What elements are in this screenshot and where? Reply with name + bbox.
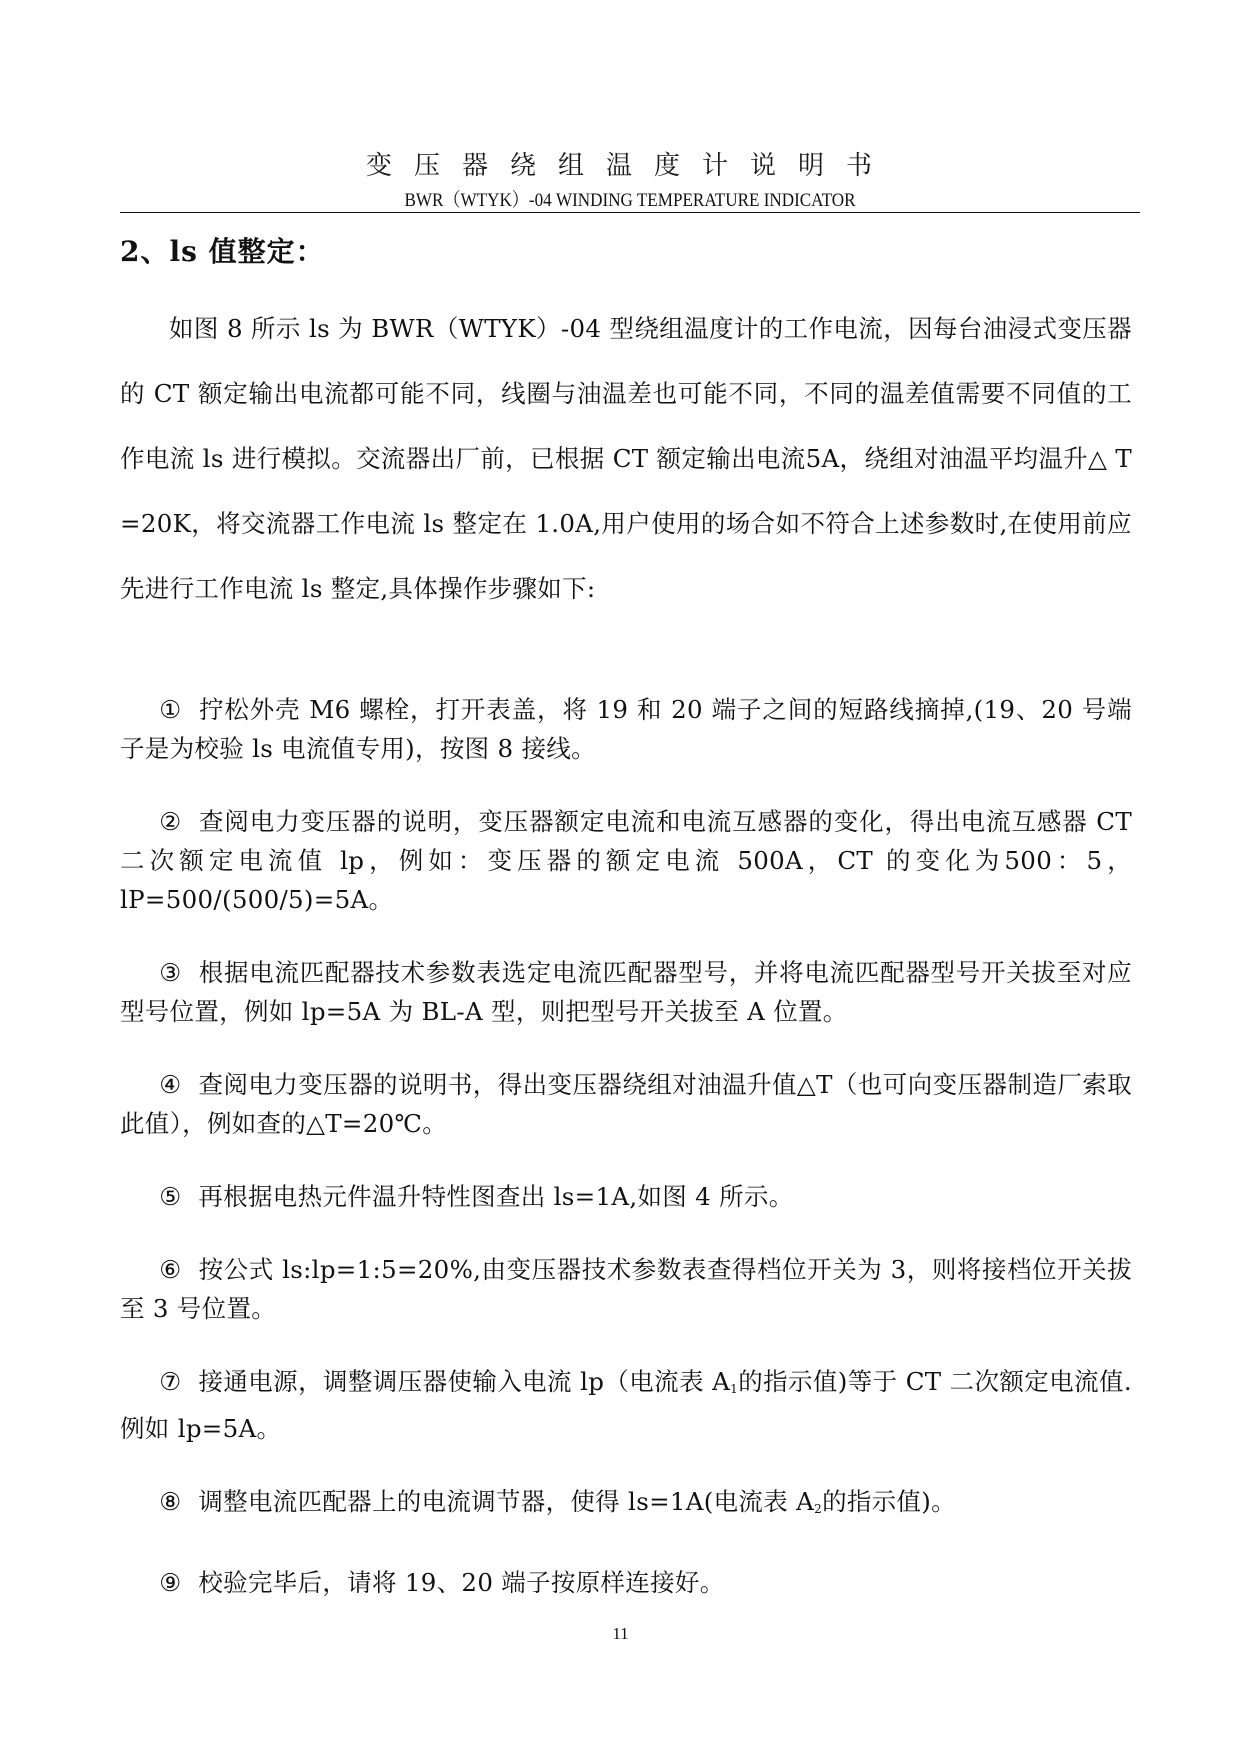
step-item: ⑥按公式 ls:lp=1:5=20%,由变压器技术参数表查得档位开关为 3，则将… [120, 1250, 1132, 1328]
header-title-en: BWR（WTYK）-04 WINDING TEMPERATURE INDICAT… [171, 190, 1089, 212]
step-text: 查阅电力变压器的说明书，得出变压器绕组对油温升值△T（也可向变压器制造厂索取此值… [120, 1070, 1132, 1138]
step-text-before: 调整电流匹配器上的电流调节器，使得 ls=1A(电流表 A [198, 1487, 814, 1516]
step-item: ④查阅电力变压器的说明书，得出变压器绕组对油温升值△T（也可向变压器制造厂索取此… [120, 1065, 1132, 1143]
step-text: 拧松外壳 M6 螺栓，打开表盖，将 19 和 20 端子之间的短路线摘掉,(19… [120, 695, 1132, 763]
step-item: ⑧调整电流匹配器上的电流调节器，使得 ls=1A(电流表 A2的指示值)。 [120, 1482, 1132, 1529]
step-number: ⑨ [159, 1563, 198, 1602]
step-text-after: 的指示值)。 [822, 1487, 956, 1516]
step-text: 按公式 ls:lp=1:5=20%,由变压器技术参数表查得档位开关为 3，则将接… [120, 1255, 1132, 1323]
header-title-cn: 变压器绕组温度计说明书 [120, 148, 1140, 184]
step-text: 再根据电热元件温升特性图查出 ls=1A,如图 4 所示。 [198, 1182, 793, 1211]
page-number: 11 [0, 1624, 1241, 1644]
step-text: 根据电流匹配器技术参数表选定电流匹配器型号，并将电流匹配器型号开关拔至对应型号位… [120, 958, 1132, 1026]
header-divider [120, 212, 1140, 213]
document-page: 变压器绕组温度计说明书 BWR（WTYK）-04 WINDING TEMPERA… [0, 0, 1241, 1754]
step-item: ①拧松外壳 M6 螺栓，打开表盖，将 19 和 20 端子之间的短路线摘掉,(1… [120, 690, 1132, 768]
section-heading: 2、ls 值整定： [120, 232, 325, 272]
step-number: ① [159, 690, 198, 729]
step-number: ⑤ [159, 1177, 198, 1216]
step-text: 查阅电力变压器的说明，变压器额定电流和电流互感器的变化，得出电流互感器 CT 二… [120, 807, 1132, 914]
step-item: ②查阅电力变压器的说明，变压器额定电流和电流互感器的变化，得出电流互感器 CT … [120, 802, 1132, 919]
step-number: ④ [159, 1065, 198, 1104]
step-number: ③ [159, 953, 198, 992]
step-item: ⑦接通电源，调整调压器使输入电流 lp（电流表 A1的指示值)等于 CT 二次额… [120, 1362, 1132, 1448]
step-item: ③根据电流匹配器技术参数表选定电流匹配器型号，并将电流匹配器型号开关拔至对应型号… [120, 953, 1132, 1031]
subscript: 2 [814, 1502, 822, 1516]
step-number: ② [159, 802, 198, 841]
steps-list: ①拧松外壳 M6 螺栓，打开表盖，将 19 和 20 端子之间的短路线摘掉,(1… [120, 690, 1132, 1636]
step-number: ⑦ [159, 1362, 198, 1401]
intro-paragraph: 如图 8 所示 ls 为 BWR（WTYK）-04 型绕组温度计的工作电流，因每… [120, 296, 1132, 621]
step-text-before: 接通电源，调整调压器使输入电流 lp（电流表 A [198, 1367, 730, 1396]
step-number: ⑧ [159, 1482, 198, 1521]
subscript: 1 [730, 1382, 738, 1396]
step-item: ⑤再根据电热元件温升特性图查出 ls=1A,如图 4 所示。 [120, 1177, 1132, 1216]
step-number: ⑥ [159, 1250, 198, 1289]
step-text: 校验完毕后，请将 19、20 端子按原样连接好。 [198, 1568, 724, 1597]
step-item: ⑨校验完毕后，请将 19、20 端子按原样连接好。 [120, 1563, 1132, 1602]
